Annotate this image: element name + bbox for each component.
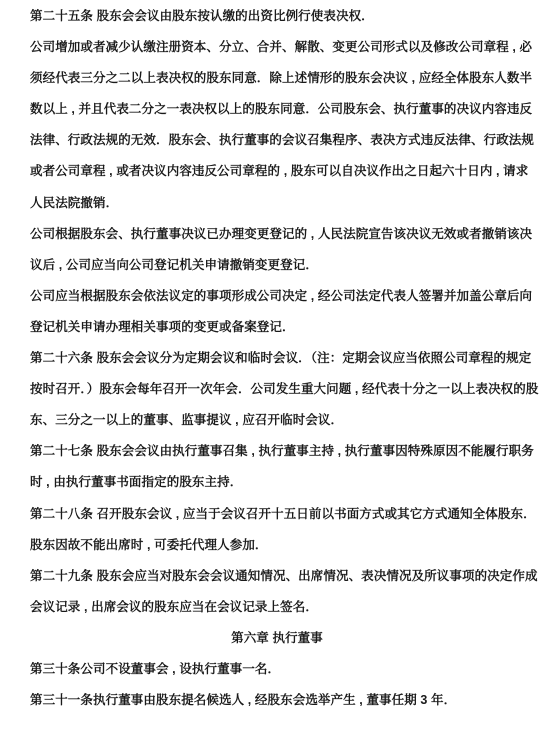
article-26-line-2: 按时召开．）股东会每年召开一次年会．公司发生重大问题 , 经代表十分之一以上表决… — [30, 374, 524, 405]
article-25-line-8: 公司根据股东会、执行董事决议已办理变更登记的 , 人民法院宣告该决议无效或者撤销… — [30, 219, 524, 250]
article-25-line-11: 登记机关申请办理相关事项的变更或备案登记． — [30, 312, 524, 343]
article-29-line-1: 第二十九条 股东会应当对股东会会议通知情况、出席情况、表决情况及所议事项的决定作… — [30, 561, 524, 592]
article-25-line-9: 议后 , 公司应当向公司登记机关申请撤销变更登记． — [30, 250, 524, 281]
article-25-line-6: 或者公司章程 , 或者决议内容违反公司章程的 , 股东可以自决议作出之日起六十日… — [30, 156, 524, 187]
article-25-line-5: 法律、行政法规的无效．股东会、执行董事的会议召集程序、表决方式违反法律、行政法规 — [30, 125, 524, 156]
article-27-line-1: 第二十七条 股东会会议由执行董事召集 , 执行董事主持 , 执行董事因特殊原因不… — [30, 436, 524, 467]
article-27-line-2: 时 , 由执行董事书面指定的股东主持． — [30, 467, 524, 498]
article-30-line-1: 第三十条公司不设董事会 , 设执行董事一名． — [30, 654, 524, 685]
chapter-heading: 第六章 执行董事 — [30, 623, 524, 654]
article-28-line-1: 第二十八条 召开股东会议 , 应当于会议召开十五日前以书面方式或其它方式通知全体… — [30, 499, 524, 530]
article-26-line-1: 第二十六条 股东会会议分为定期会议和临时会议．（注：定期会议应当依照公司章程的规… — [30, 343, 524, 374]
article-28-line-2: 股东因故不能出席时 , 可委托代理人参加． — [30, 530, 524, 561]
article-26-line-3: 东、三分之一以上的董事、监事提议 , 应召开临时会议． — [30, 405, 524, 436]
article-25-line-10: 公司应当根据股东会依法议定的事项形成公司决定 , 经公司法定代表人签署并加盖公章… — [30, 281, 524, 312]
article-29-line-2: 会议记录 , 出席会议的股东应当在会议记录上签名． — [30, 592, 524, 623]
article-25-line-1: 第二十五条 股东会会议由股东按认缴的出资比例行使表决权． — [30, 1, 524, 32]
article-25-line-2: 公司增加或者减少认缴注册资本、分立、合并、解散、变更公司形式以及修改公司章程 ,… — [30, 32, 524, 63]
article-31-line-1: 第三十一条执行董事由股东提名候选人 , 经股东会选举产生 , 董事任期 3 年． — [30, 685, 524, 716]
article-25-line-4: 数以上 , 并且代表二分之一表决权以上的股东同意．公司股东会、执行董事的决议内容… — [30, 94, 524, 125]
article-25-line-7: 人民法院撤销． — [30, 188, 524, 219]
article-25-line-3: 须经代表三分之二以上表决权的股东同意．除上述情形的股东会决议 , 应经全体股东人… — [30, 63, 524, 94]
document-page: 第二十五条 股东会会议由股东按认缴的出资比例行使表决权． 公司增加或者减少认缴注… — [30, 1, 524, 716]
